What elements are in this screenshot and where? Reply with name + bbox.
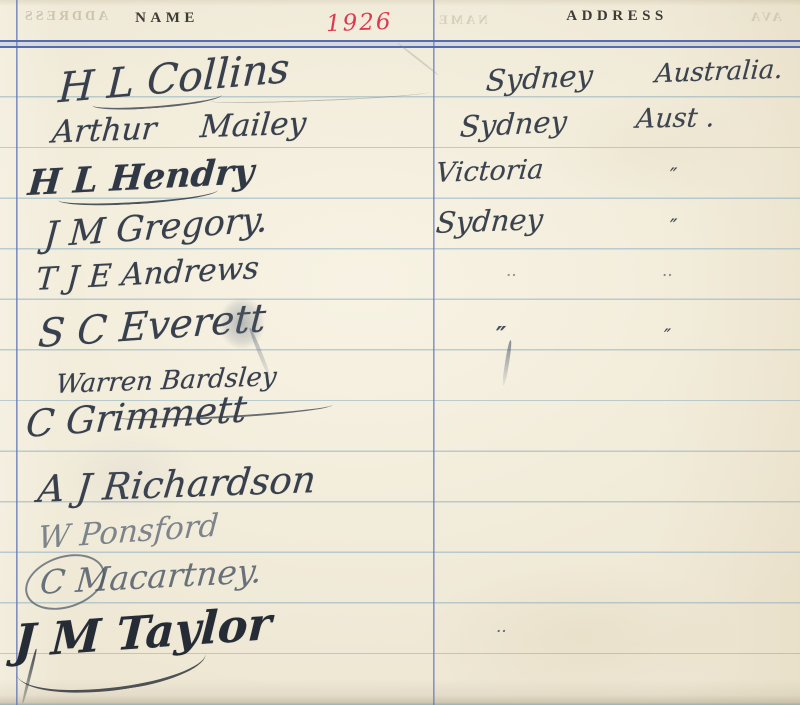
address-country-collins: Australia. <box>654 57 783 88</box>
paper-stain <box>60 430 200 520</box>
paper-stain <box>420 560 740 705</box>
year-annotation: 1926 <box>326 9 393 37</box>
address-ditto-andrews-city: ‥ <box>506 263 517 279</box>
name-column-header: NAME <box>17 10 317 27</box>
paper-stain <box>540 90 760 210</box>
visitor-book-page: ADDRESS NAME AVA NAME 1926 ADDRESS H L C… <box>0 0 800 705</box>
address-city-gregory: Sydney <box>435 205 545 238</box>
signature-mailey: Arthur Mailey <box>51 109 308 149</box>
address-city-hendry: Victoria <box>435 156 545 187</box>
ink-blot <box>214 296 276 374</box>
address-ditto-gregory: ″ <box>670 216 677 236</box>
address-column-header: ADDRESS <box>434 8 800 25</box>
address-ditto-everett-country: ″ <box>664 327 671 346</box>
left-margin-line <box>16 0 18 705</box>
address-ditto-andrews-country: ‥ <box>662 263 673 279</box>
address-ditto-everett-city: ″ <box>496 324 506 347</box>
